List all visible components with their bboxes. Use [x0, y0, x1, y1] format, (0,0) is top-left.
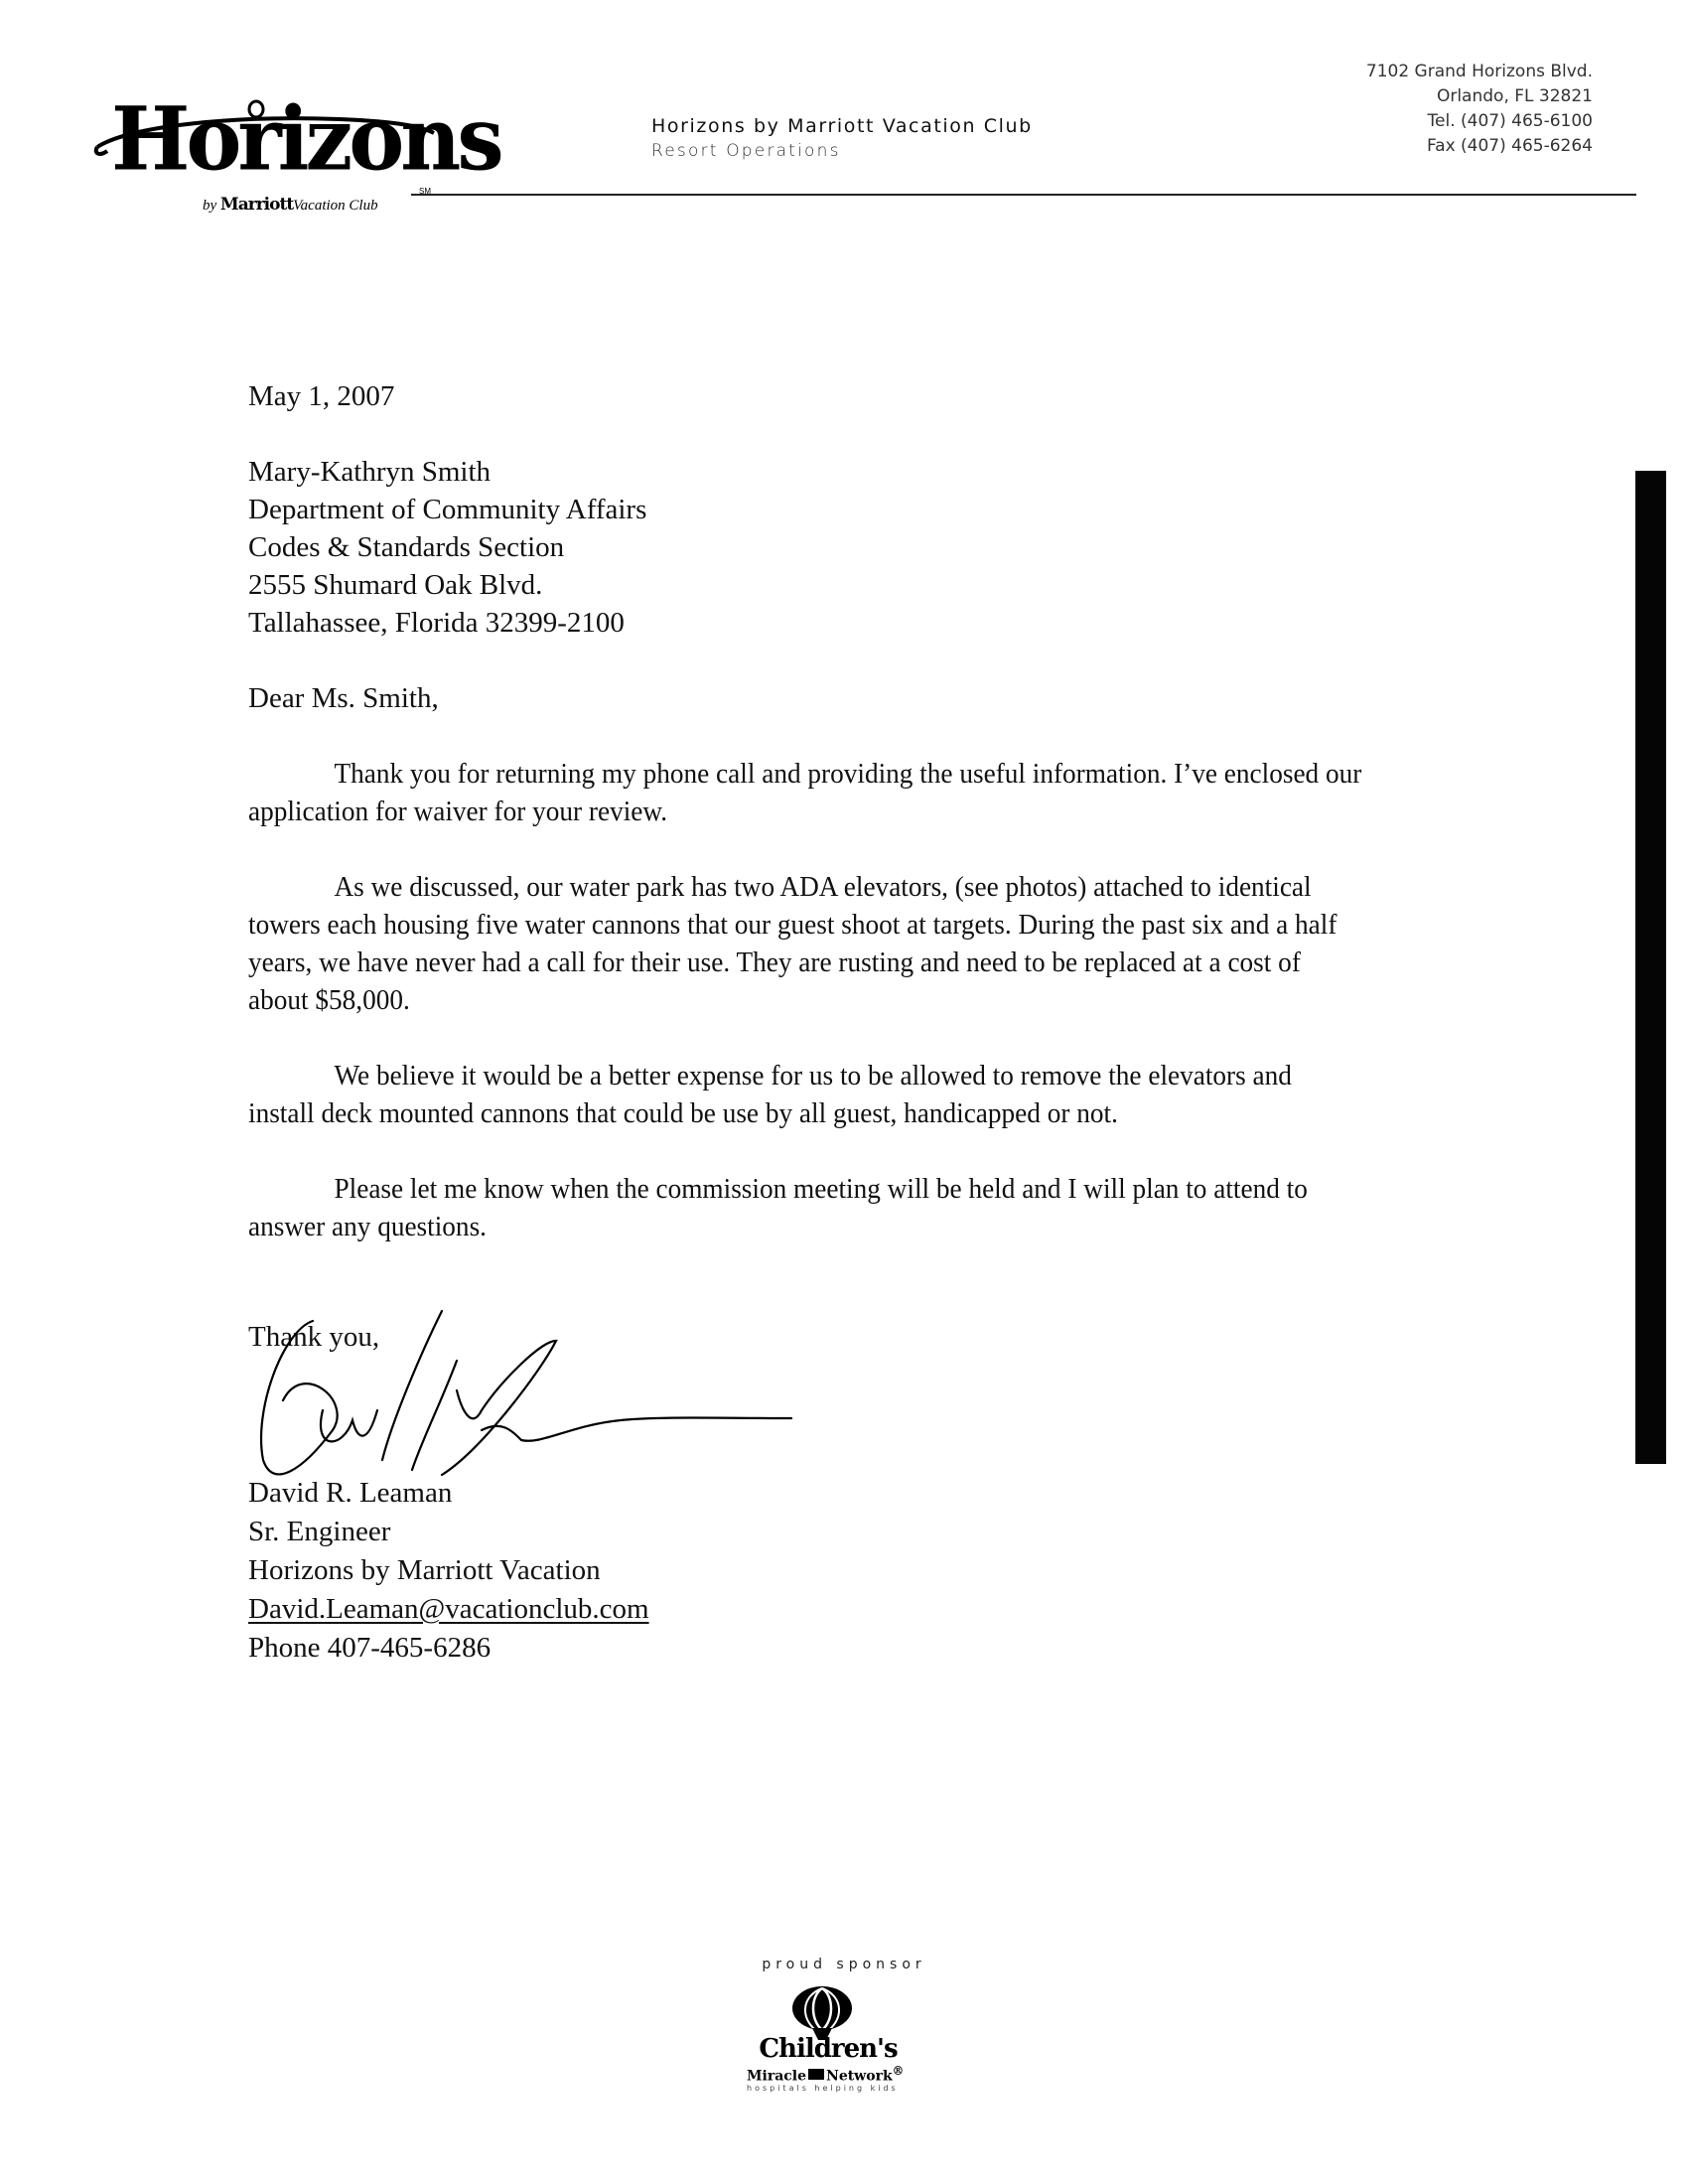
letter-date: May 1, 2007	[248, 377, 1440, 415]
letterhead-address: 7102 Grand Horizons Blvd. Orlando, FL 32…	[1366, 60, 1593, 159]
paragraph-text: Thank you for returning my phone call an…	[248, 758, 1361, 827]
sponsor-subline: MiracleNetwork®	[747, 2064, 945, 2085]
signer-company: Horizons by Marriott Vacation	[248, 1551, 649, 1590]
letter-body: May 1, 2007 Mary-Kathryn Smith Departmen…	[248, 377, 1440, 1283]
address-fax: Fax (407) 465-6264	[1366, 134, 1593, 159]
signer-block: David R. Leaman Sr. Engineer Horizons by…	[248, 1474, 649, 1668]
sponsor-name: Children's	[729, 2036, 927, 2062]
paragraph: Please let me know when the commission m…	[248, 1170, 1363, 1245]
scan-edge-bar	[1635, 471, 1666, 1464]
horizons-logo: Horizons SM by MarriottVacation Club	[91, 95, 449, 215]
paragraph-text: As we discussed, our water park has two …	[248, 871, 1336, 1016]
recipient-name: Mary-Kathryn Smith	[248, 453, 1440, 491]
letterhead-divider	[411, 194, 1636, 196]
sponsor-name-right: Network	[826, 2069, 893, 2085]
wagon-icon	[808, 2069, 824, 2080]
logo-brand: Marriott	[220, 195, 293, 215]
recipient-city: Tallahassee, Florida 32399-2100	[248, 604, 1440, 642]
logo-wordmark: Horizons	[111, 95, 500, 183]
logo-suffix: Vacation Club	[293, 198, 377, 214]
address-city: Orlando, FL 32821	[1366, 84, 1593, 109]
signer-title: Sr. Engineer	[248, 1513, 649, 1551]
paragraph: Thank you for returning my phone call an…	[248, 755, 1363, 830]
address-street: 7102 Grand Horizons Blvd.	[1366, 60, 1593, 84]
signer-name: David R. Leaman	[248, 1474, 649, 1513]
letterhead-organization: Horizons by Marriott Vacation Club	[651, 115, 1033, 137]
registered-mark: ®	[893, 2064, 905, 2078]
address-tel: Tel. (407) 465-6100	[1366, 109, 1593, 134]
paragraph: We believe it would be a better expense …	[248, 1057, 1363, 1132]
recipient-section: Codes & Standards Section	[248, 528, 1440, 566]
recipient-department: Department of Community Affairs	[248, 491, 1440, 528]
sponsor-tagline: hospitals helping kids	[747, 2084, 945, 2093]
paragraph: As we discussed, our water park has two …	[248, 868, 1363, 1019]
letterhead-department: Resort Operations	[651, 141, 841, 161]
sponsor-name-left: Miracle	[747, 2069, 806, 2085]
logo-subline: by MarriottVacation Club	[203, 195, 378, 215]
recipient-block: Mary-Kathryn Smith Department of Communi…	[248, 453, 1440, 642]
signer-phone: Phone 407-465-6286	[248, 1629, 649, 1668]
recipient-street: 2555 Shumard Oak Blvd.	[248, 566, 1440, 604]
signature-icon	[243, 1301, 799, 1490]
paragraph-text: We believe it would be a better expense …	[248, 1060, 1292, 1129]
sponsor-label: proud sponsor	[725, 1957, 963, 1972]
logo-by: by	[203, 198, 216, 214]
salutation: Dear Ms. Smith,	[248, 679, 1440, 717]
paragraph-text: Please let me know when the commission m…	[248, 1173, 1308, 1242]
signer-email-link[interactable]: David.Leaman@vacationclub.com	[248, 1593, 649, 1625]
